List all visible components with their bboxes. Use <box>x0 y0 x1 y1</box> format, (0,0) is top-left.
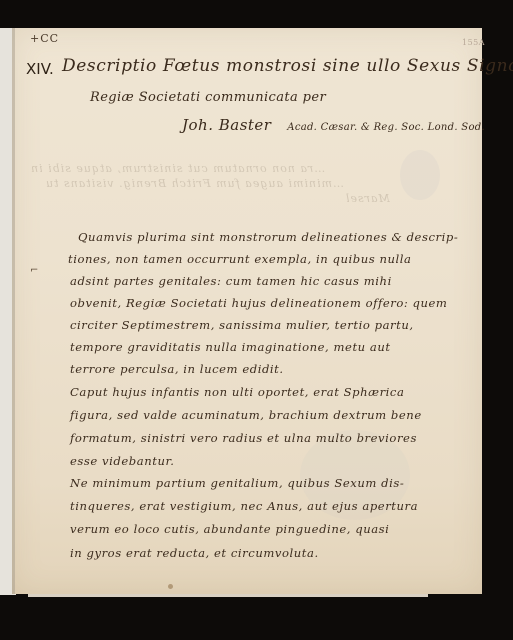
title-line-2: Regiæ Societati communicata per <box>90 90 326 105</box>
bleed-through-line: …minimi augea fum Fritch Brenig. visitan… <box>45 177 344 190</box>
body-line: adsint partes genitales: cum tamen hic c… <box>70 274 392 288</box>
section-numeral: XIV. <box>26 60 54 78</box>
body-line: figura, sed valde acuminatum, brachium d… <box>70 408 422 422</box>
body-line: terrore perculsa, in lucem edidit. <box>70 362 284 376</box>
author-affiliation: Acad. Cæsar. & Reg. Soc. Lond. Sod. <box>287 122 485 133</box>
body-line: formatum, sinistri vero radius et ulna m… <box>70 431 417 445</box>
body-line: tiones, non tamen occurrunt exempla, in … <box>68 252 411 266</box>
author-name: Joh. Baster <box>182 116 271 134</box>
body-line: Caput hujus infantis non ulti oportet, e… <box>70 385 404 399</box>
body-line: tinqueres, erat vestigium, nec Anus, aut… <box>70 499 418 513</box>
bleed-through-line: Marsel <box>345 192 390 205</box>
body-line: in gyros erat reducta, et circumvoluta. <box>70 546 319 560</box>
body-line: obvenit, Regiæ Societati hujus delineati… <box>70 296 447 310</box>
page-fold-shadow <box>12 28 15 594</box>
author-line: Joh. Baster Acad. Cæsar. & Reg. Soc. Lon… <box>182 116 485 134</box>
folio-mark-right: 155A <box>462 38 485 47</box>
body-line: circiter Septimestrem, sanissima mulier,… <box>70 318 414 332</box>
manuscript-scan: …ra non ornatum cut sinistrum, atque sib… <box>0 0 513 640</box>
body-line: esse videbantur. <box>70 454 175 468</box>
body-line: tempore graviditatis nulla imaginatione,… <box>70 340 391 354</box>
title-line-1: Descriptio Fœtus monstrosi sine ullo Sex… <box>62 56 513 76</box>
page-bottom-edge <box>28 594 428 597</box>
folio-mark-left: +CC <box>30 32 59 45</box>
body-line: verum eo loco cutis, abundante pinguedin… <box>70 522 389 536</box>
body-line: Quamvis plurima sint monstrorum delineat… <box>78 230 458 244</box>
paper-stain <box>400 150 440 200</box>
bleed-through-line: …ra non ornatum cut sinistrum, atque sib… <box>30 162 325 175</box>
body-line: Ne minimum partium genitalium, quibus Se… <box>70 476 404 490</box>
paper-stain <box>168 584 173 589</box>
margin-mark: ⌐ <box>30 265 38 276</box>
